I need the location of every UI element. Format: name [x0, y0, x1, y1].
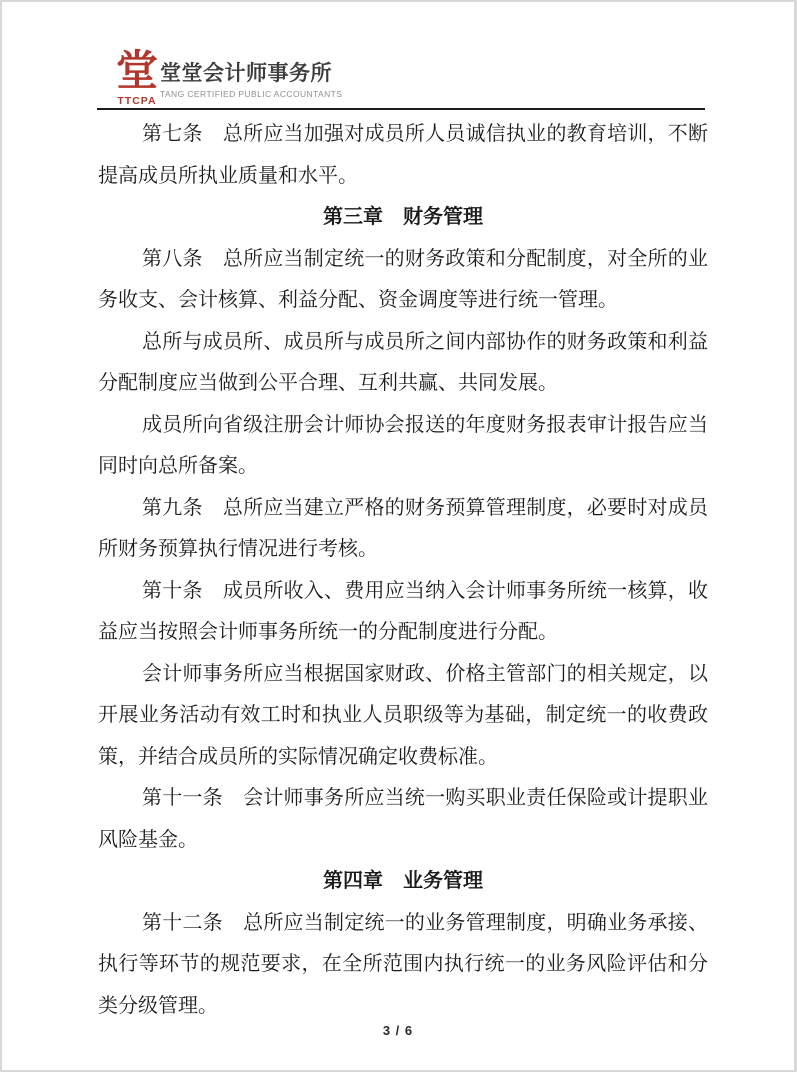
- body-paragraph: 总所与成员所、成员所与成员所之间内部协作的财务政策和利益分配制度应当做到公平合理…: [98, 322, 708, 405]
- seal-glyph: 堂: [115, 50, 159, 94]
- document-page: 堂 TTCPA 堂堂会计师事务所 TANG CERTIFIED PUBLIC A…: [0, 0, 797, 1072]
- letterhead-divider: [97, 108, 705, 110]
- body-paragraph: 第八条 总所应当制定统一的财务政策和分配制度，对全所的业务收支、会计核算、利益分…: [98, 239, 708, 322]
- document-body: 第七条 总所应当加强对成员所人员诚信执业的教育培训，不断提高成员所执业质量和水平…: [98, 114, 708, 1027]
- body-paragraph: 成员所向省级注册会计师协会报送的年度财务报表审计报告应当同时向总所备案。: [98, 405, 708, 488]
- body-paragraph: 第七条 总所应当加强对成员所人员诚信执业的教育培训，不断提高成员所执业质量和水平…: [98, 114, 708, 197]
- body-paragraph: 会计师事务所应当根据国家财政、价格主管部门的相关规定，以开展业务活动有效工时和执…: [98, 654, 708, 779]
- chapter-heading: 第四章 业务管理: [98, 861, 708, 903]
- chapter-heading: 第三章 财务管理: [98, 197, 708, 239]
- page-number: 3 / 6: [383, 1023, 413, 1038]
- letterhead: 堂 TTCPA 堂堂会计师事务所 TANG CERTIFIED PUBLIC A…: [2, 2, 794, 112]
- body-paragraph: 第十一条 会计师事务所应当统一购买职业责任保险或计提职业风险基金。: [98, 778, 708, 861]
- body-paragraph: 第九条 总所应当建立严格的财务预算管理制度，必要时对成员所财务预算执行情况进行考…: [98, 488, 708, 571]
- brand-block: 堂堂会计师事务所 TANG CERTIFIED PUBLIC ACCOUNTAN…: [160, 62, 342, 99]
- seal-abbreviation: TTCPA: [115, 95, 159, 107]
- body-paragraph: 第十条 成员所收入、费用应当纳入会计师事务所统一核算，收益应当按照会计师事务所统…: [98, 571, 708, 654]
- company-name-english: TANG CERTIFIED PUBLIC ACCOUNTANTS: [160, 89, 342, 99]
- body-paragraph: 第十二条 总所应当制定统一的业务管理制度，明确业务承接、执行等环节的规范要求，在…: [98, 903, 708, 1028]
- company-name: 堂堂会计师事务所: [160, 62, 342, 86]
- company-seal-icon: 堂 TTCPA: [115, 50, 159, 107]
- page-footer: 3 / 6: [2, 1022, 794, 1040]
